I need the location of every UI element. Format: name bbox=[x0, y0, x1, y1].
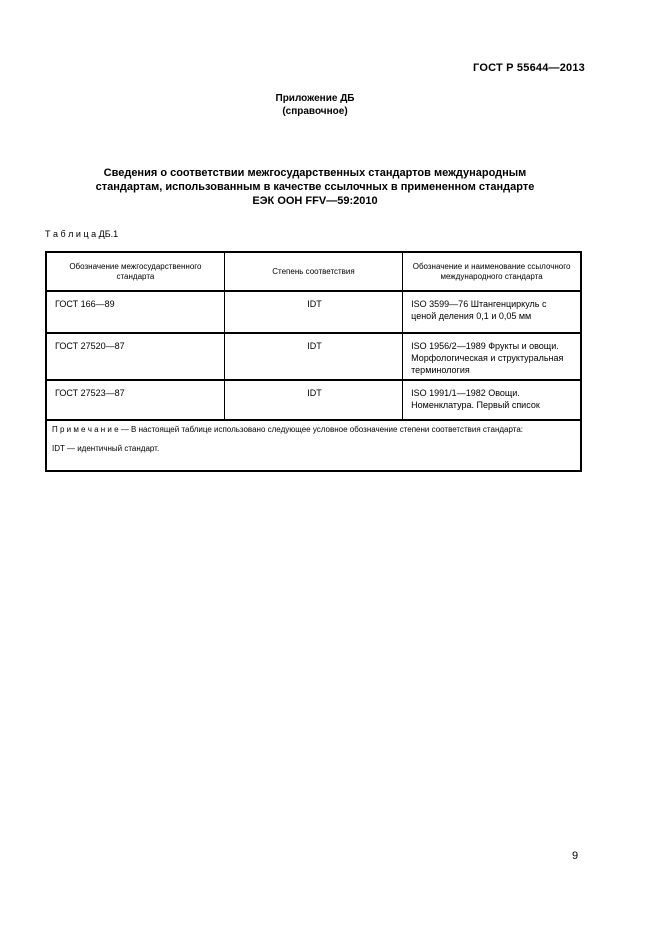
cell-standard: ГОСТ 27523—87 bbox=[46, 380, 224, 420]
note-idt-definition: IDT — идентичный стандарт. bbox=[52, 444, 574, 455]
column-header-reference: Обозначение и наименование ссылочного ме… bbox=[403, 252, 581, 291]
section-title: Сведения о соответствии межгосударственн… bbox=[45, 166, 585, 208]
note-text: — В настоящей таблице использовано следу… bbox=[121, 425, 523, 434]
page-number: 9 bbox=[560, 850, 590, 862]
correspondence-table: Обозначение межгосударственного стандарт… bbox=[45, 251, 582, 472]
cell-standard: ГОСТ 166—89 bbox=[46, 291, 224, 333]
note-label: П р и м е ч а н и е bbox=[52, 425, 119, 434]
column-header-degree: Степень соответствия bbox=[224, 252, 402, 291]
cell-reference: ISO 1991/1—1982 Овощи. Номенклатура. Пер… bbox=[403, 380, 581, 420]
document-number: ГОСТ Р 55644—2013 bbox=[45, 62, 585, 74]
section-title-line-1: Сведения о соответствии межгосударственн… bbox=[45, 166, 585, 180]
appendix-type: (справочное) bbox=[45, 105, 585, 118]
cell-reference: ISO 1956/2—1989 Фрукты и овощи. Морфолог… bbox=[403, 333, 581, 380]
cell-reference: ISO 3599—76 Штангенциркуль с ценой делен… bbox=[403, 291, 581, 333]
table-row: ГОСТ 27520—87 IDT ISO 1956/2—1989 Фрукты… bbox=[46, 333, 581, 380]
cell-standard: ГОСТ 27520—87 bbox=[46, 333, 224, 380]
cell-degree: IDT bbox=[224, 333, 402, 380]
cell-degree: IDT bbox=[224, 291, 402, 333]
appendix-title: Приложение ДБ bbox=[45, 92, 585, 105]
section-title-line-2: стандартам, использованным в качестве сс… bbox=[45, 180, 585, 194]
table-row: ГОСТ 166—89 IDT ISO 3599—76 Штангенцирку… bbox=[46, 291, 581, 333]
appendix-heading: Приложение ДБ (справочное) bbox=[45, 92, 585, 118]
section-title-line-3: ЕЭК ООН FFV—59:2010 bbox=[45, 194, 585, 208]
document-page: ГОСТ Р 55644—2013 Приложение ДБ (справоч… bbox=[0, 0, 661, 936]
column-header-standard: Обозначение межгосударственного стандарт… bbox=[46, 252, 224, 291]
table-header-row: Обозначение межгосударственного стандарт… bbox=[46, 252, 581, 291]
table-row: ГОСТ 27523—87 IDT ISO 1991/1—1982 Овощи.… bbox=[46, 380, 581, 420]
cell-degree: IDT bbox=[224, 380, 402, 420]
note-paragraph: П р и м е ч а н и е — В настоящей таблиц… bbox=[52, 425, 574, 436]
note-cell: П р и м е ч а н и е — В настоящей таблиц… bbox=[46, 420, 581, 471]
table-note-row: П р и м е ч а н и е — В настоящей таблиц… bbox=[46, 420, 581, 471]
table-label: Т а б л и ц а ДБ.1 bbox=[45, 229, 118, 239]
